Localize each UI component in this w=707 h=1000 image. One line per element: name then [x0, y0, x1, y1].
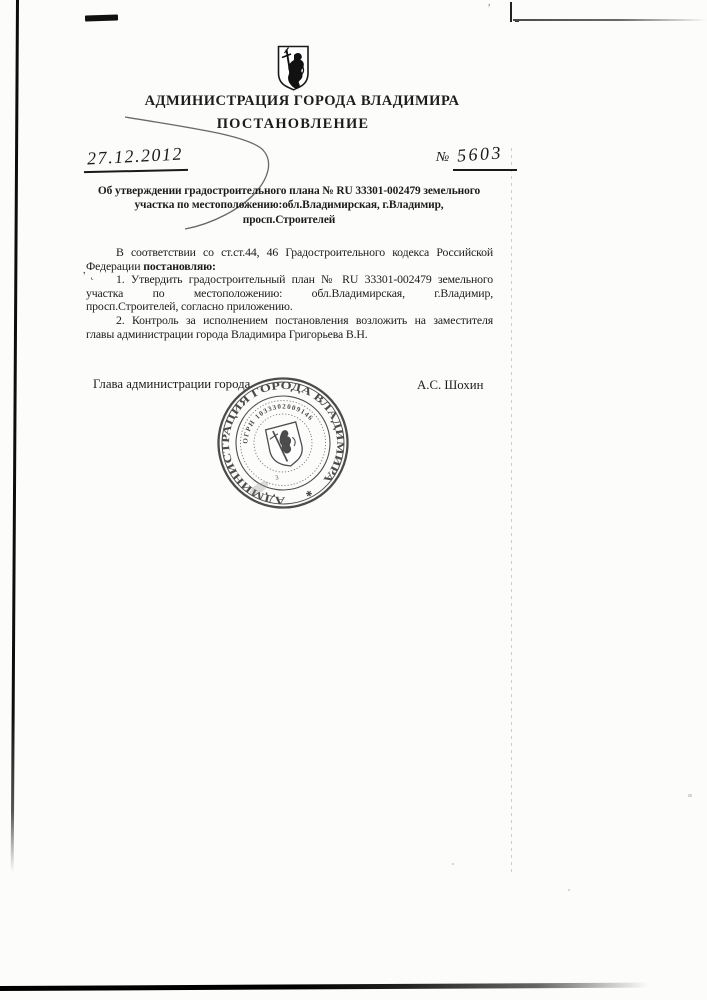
scan-artifact-speck — [452, 863, 454, 865]
scanned-document-page: ʾ АДМИНИСТРАЦИЯ ГОРОДА ВЛАДИМИРА ПОСТАНО… — [0, 0, 707, 1000]
subject-line-1: Об утверждении градостроительного плана … — [0, 184, 578, 198]
subject-line-3: просп.Строителей — [0, 213, 578, 227]
doc-number-handwritten: 5603 — [456, 142, 503, 166]
subject-line-2: участка по местоположению:обл.Владимирск… — [0, 198, 578, 212]
scan-artifact-bottom-edge — [0, 983, 655, 991]
body-line-6: 2. Контроль за исполнением постановления… — [86, 314, 493, 328]
body-line-4: участка по местоположению: обл.Владимирс… — [86, 287, 493, 301]
scan-artifact-fold-line — [511, 148, 512, 872]
scan-artifact-curl: ʾ — [484, 1, 492, 18]
body-line-5: просп.Строителей, согласно приложению. — [86, 300, 493, 314]
subject-block: Об утверждении градостроительного плана … — [0, 184, 578, 227]
number-sign: № — [436, 150, 449, 166]
body-line-2: Федерации постановляю: — [86, 260, 493, 274]
signature-name: А.С. Шохин — [417, 378, 483, 393]
scan-artifact-speck — [568, 889, 570, 891]
body-text: В соответствии со ст.ст.44, 46 Градостро… — [86, 246, 493, 341]
body-line-1: В соответствии со ст.ст.44, 46 Градостро… — [86, 246, 493, 260]
stamp-shield — [265, 422, 305, 470]
stamp-center-mark: 3 — [274, 474, 279, 482]
body-line-7: главы администрации города Владимира Гри… — [86, 328, 493, 342]
body-line-3: 1. Утвердить градостроительный план № RU… — [86, 273, 493, 287]
body-line-2-normal: Федерации — [86, 259, 140, 273]
stamp-separator-star: ✱ — [303, 487, 314, 499]
scan-artifact-vertical-bar — [510, 2, 512, 22]
scan-artifact-top-left-mark — [85, 14, 118, 21]
number-underline — [453, 169, 517, 171]
scan-artifact-top-right-line — [513, 19, 707, 21]
scan-artifact-speck — [688, 794, 692, 797]
official-stamp: АДМИНИСТРАЦИЯ ГОРОДА ВЛАДИМИРА ✱ ОГРН 10… — [209, 369, 357, 517]
vladimir-coat-of-arms-icon — [275, 44, 312, 91]
body-line-2-bold: постановляю: — [143, 259, 216, 273]
